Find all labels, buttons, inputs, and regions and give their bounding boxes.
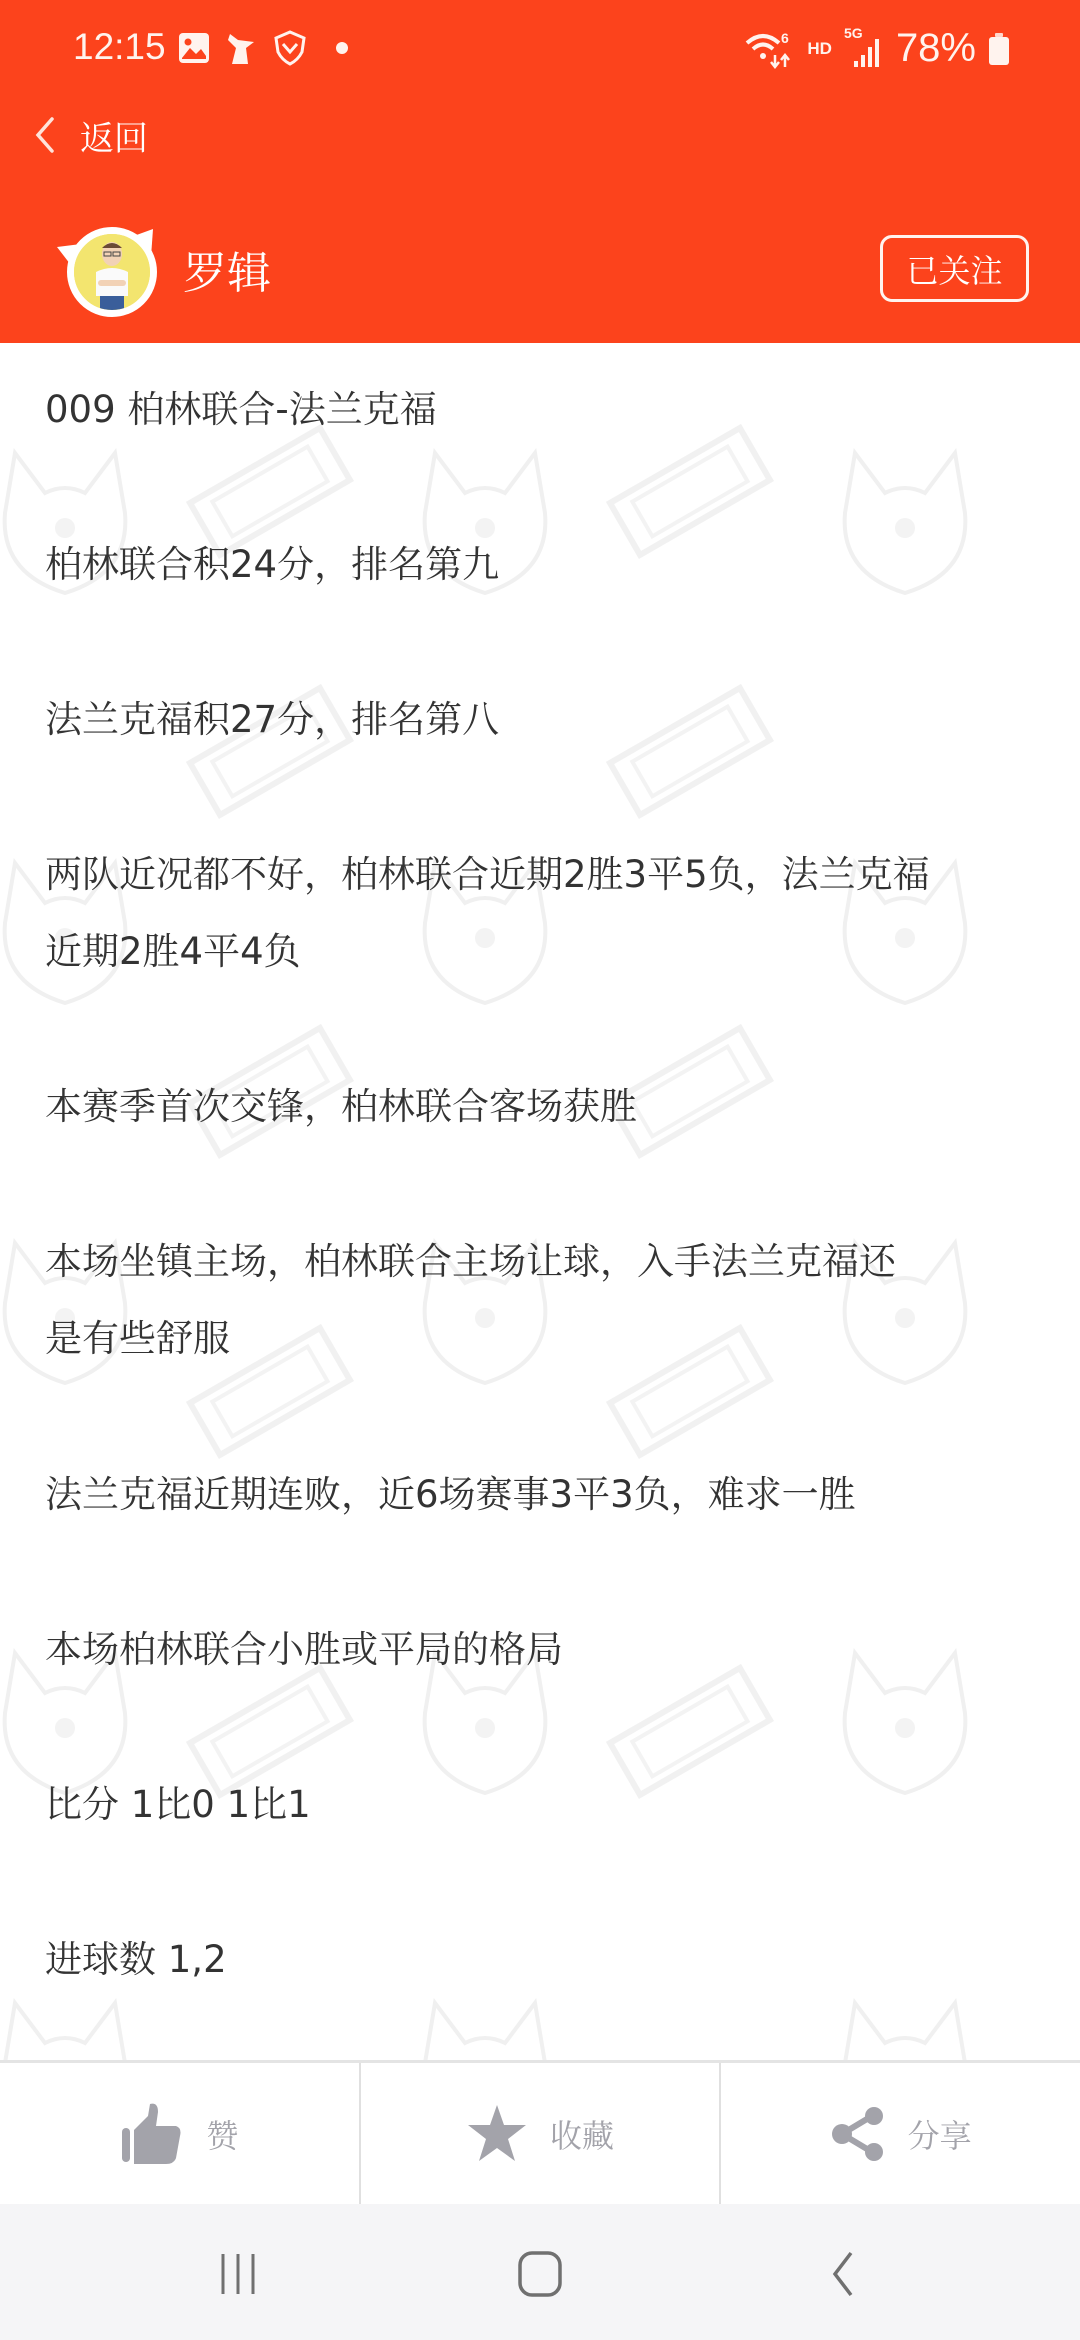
cell-signal-icon: 5G [844,29,884,69]
home-icon [515,2249,565,2299]
gallery-icon [178,32,210,64]
system-back-button[interactable] [802,2234,882,2314]
system-navigation-bar [0,2204,1080,2340]
paragraph: 本赛季首次交锋，柏林联合客场获胜 [45,1068,1045,1145]
shield-icon [274,30,306,66]
paragraph: 是有些舒服 [45,1300,1045,1377]
back-button[interactable]: 返回 [30,105,148,165]
recents-button[interactable] [198,2234,278,2314]
hd-indicator: HD [807,39,832,59]
paragraph: 本场坐镇主场，柏林联合主场让球，入手法兰克福还 [45,1223,1045,1300]
status-icons-left [178,30,350,66]
action-bar: 赞 收藏 分享 [0,2060,1080,2204]
follow-button[interactable]: 已关注 [880,235,1029,302]
thumbs-up-icon [120,2102,184,2166]
like-button[interactable]: 赞 [0,2063,359,2204]
author-name[interactable]: 罗辑 [183,237,271,301]
app-notification-icon [224,30,260,66]
status-icons-right: 6 HD 5G 78% [745,26,1010,71]
favorite-button[interactable]: 收藏 [359,2063,720,2204]
svg-text:6: 6 [781,30,789,46]
paragraph: 本场柏林联合小胜或平局的格局 [45,1611,1045,1688]
paragraph: 近期2胜4平4负 [45,913,1045,990]
chevron-left-icon [30,113,60,157]
recents-icon [213,2249,263,2299]
favorite-label: 收藏 [550,2111,614,2157]
status-time: 12:15 [73,26,166,68]
score-prediction: 比分 1比0 1比1 [45,1766,1045,1843]
goals-prediction: 进球数 1,2 [45,1921,1045,1998]
article-content[interactable]: 009 柏林联合-法兰克福 柏林联合积24分，排名第九 法兰克福积27分，排名第… [0,343,1080,2060]
paragraph: 两队近况都不好，柏林联合近期2胜3平5负，法兰克福 [45,836,1045,913]
back-icon [817,2249,867,2299]
status-bar: 12:15 6 [0,0,1080,100]
app-header: 12:15 6 [0,0,1080,343]
paragraph: 法兰克福积27分，排名第八 [45,681,1045,758]
author-profile[interactable]: 罗辑 [55,215,271,323]
match-title: 009 柏林联合-法兰克福 [45,371,1045,448]
avatar[interactable] [55,215,163,323]
dot-icon [320,30,350,66]
paragraph: 法兰克福近期连败，近6场赛事3平3负，难求一胜 [45,1456,1045,1533]
battery-percent: 78% [896,26,976,71]
like-label: 赞 [206,2111,238,2157]
battery-icon [988,32,1010,66]
back-label: 返回 [80,111,148,160]
paragraph: 柏林联合积24分，排名第九 [45,526,1045,603]
wifi-icon: 6 [745,29,795,69]
avatar-image [67,227,157,317]
home-button[interactable] [500,2234,580,2314]
share-icon [830,2106,886,2162]
star-icon [466,2103,528,2165]
share-button[interactable]: 分享 [719,2063,1080,2204]
share-label: 分享 [908,2111,972,2157]
